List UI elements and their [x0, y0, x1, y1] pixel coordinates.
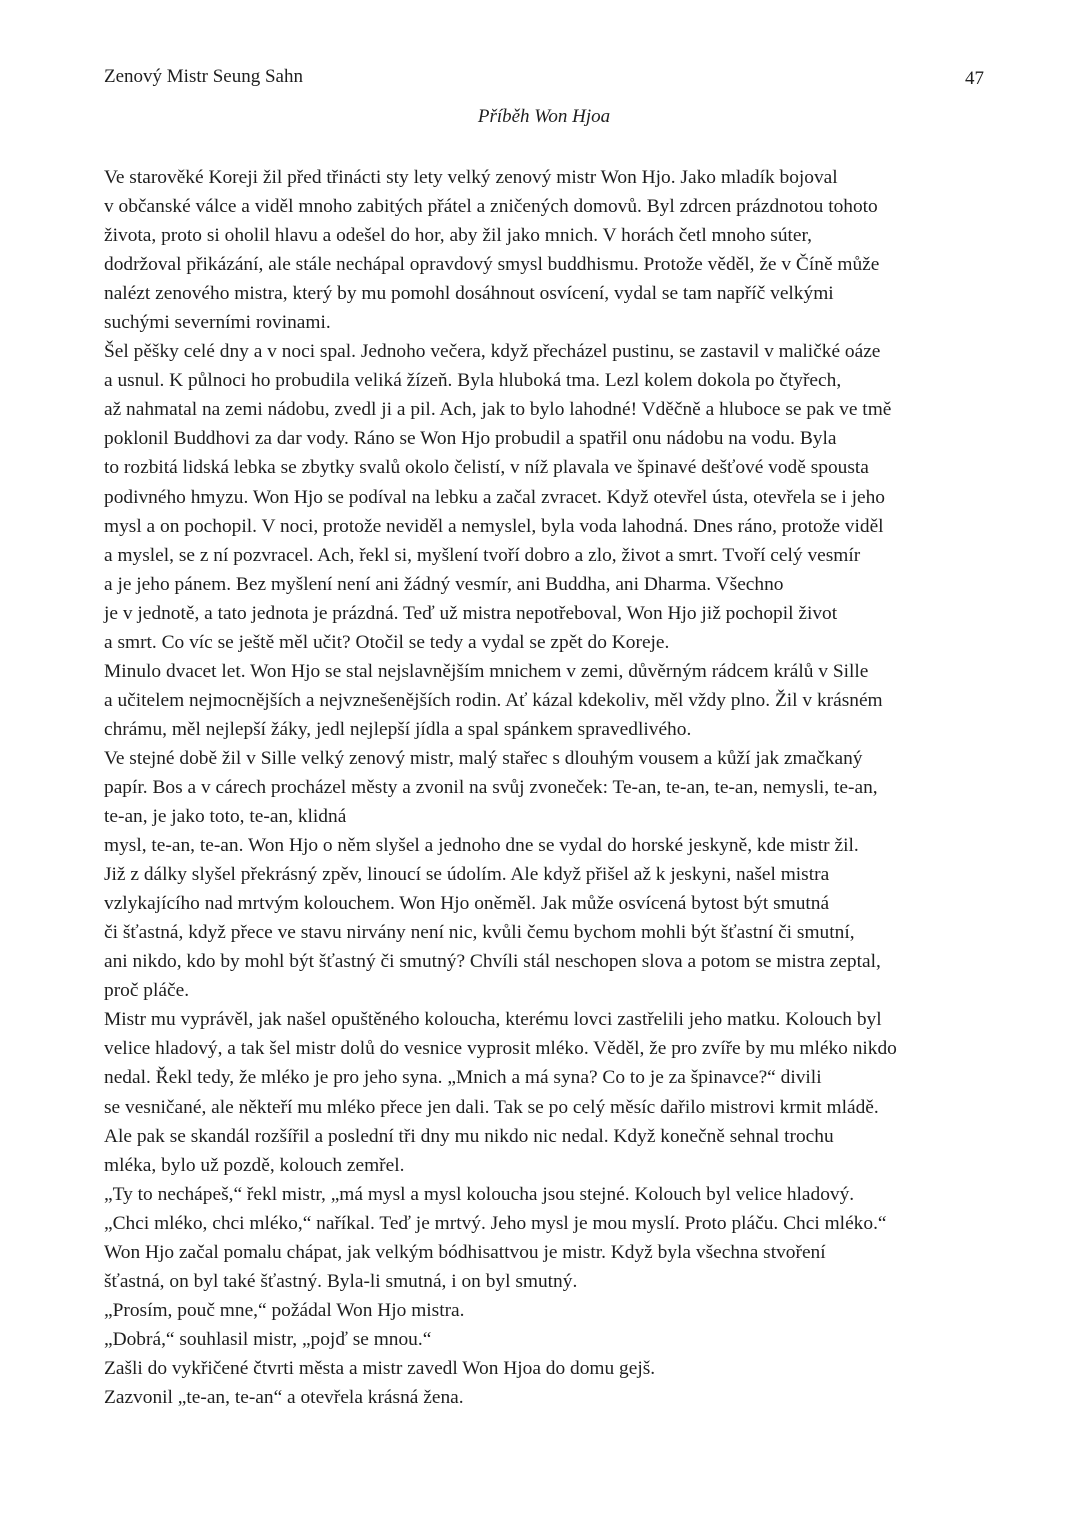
text-line: Ve starověké Koreji žil před třinácti st… [104, 163, 994, 192]
text-line: Již z dálky slyšel překrásný zpěv, linou… [104, 860, 994, 889]
text-line: podivného hmyzu. Won Hjo se podíval na l… [104, 483, 994, 512]
chapter-title-container: Příběh Won Hjoa [0, 106, 1086, 128]
text-line: Won Hjo začal pomalu chápat, jak velkým … [104, 1238, 994, 1267]
text-line: až nahmatal na zemi nádobu, zvedl ji a p… [104, 395, 994, 424]
text-line: velice hladový, a tak šel mistr dolů do … [104, 1034, 994, 1063]
text-line: života, proto si oholil hlavu a odešel d… [104, 221, 994, 250]
text-line: a smrt. Co víc se ještě měl učit? Otočil… [104, 628, 994, 657]
text-line: „Dobrá,“ souhlasil mistr, „pojď se mnou.… [104, 1325, 994, 1354]
text-line: Zazvonil „te-an, te-an“ a otevřela krásn… [104, 1383, 994, 1412]
text-line: v občanské válce a viděl mnoho zabitých … [104, 192, 994, 221]
text-line: proč pláče. [104, 976, 994, 1005]
text-line: „Ty to nechápeš,“ řekl mistr, „má mysl a… [104, 1180, 994, 1209]
text-line: a je jeho pánem. Bez myšlení není ani žá… [104, 570, 994, 599]
text-line: nalézt zenového mistra, který by mu pomo… [104, 279, 994, 308]
text-line: a myslel, se z ní pozvracel. Ach, řekl s… [104, 541, 994, 570]
text-line: Ale pak se skandál rozšířil a poslední t… [104, 1122, 994, 1151]
page-number: 47 [965, 68, 984, 90]
text-line: či šťastná, když přece ve stavu nirvány … [104, 918, 994, 947]
text-line: se vesničané, ale někteří mu mléko přece… [104, 1093, 994, 1122]
text-line: papír. Bos a v cárech procházel městy a … [104, 773, 994, 802]
text-line: a usnul. K půlnoci ho probudila veliká ž… [104, 366, 994, 395]
text-line: poklonil Buddhovi za dar vody. Ráno se W… [104, 424, 994, 453]
text-line: „Prosím, pouč mne,“ požádal Won Hjo mist… [104, 1296, 994, 1325]
text-line: šťastná, on byl také šťastný. Byla-li sm… [104, 1267, 994, 1296]
text-line: nedal. Řekl tedy, že mléko je pro jeho s… [104, 1063, 994, 1092]
text-line: vzlykajícího nad mrtvým kolouchem. Won H… [104, 889, 994, 918]
text-line: Zašli do vykřičené čtvrti města a mistr … [104, 1354, 994, 1383]
text-line: Šel pěšky celé dny a v noci spal. Jednoh… [104, 337, 994, 366]
text-line: mysl, te-an, te-an. Won Hjo o něm slyšel… [104, 831, 994, 860]
text-line: Ve stejné době žil v Sille velký zenový … [104, 744, 994, 773]
text-line: dodržoval přikázání, ale stále nechápal … [104, 250, 994, 279]
text-line: chrámu, měl nejlepší žáky, jedl nejlepší… [104, 715, 994, 744]
running-title: Zenový Mistr Seung Sahn [104, 66, 303, 88]
text-line: Mistr mu vyprávěl, jak našel opuštěného … [104, 1005, 994, 1034]
text-line: „Chci mléko, chci mléko,“ naříkal. Teď j… [104, 1209, 994, 1238]
text-line: mléka, bylo už pozdě, kolouch zemřel. [104, 1151, 994, 1180]
page-header: Zenový Mistr Seung Sahn 47 [104, 66, 984, 94]
text-line: a učitelem nejmocnějších a nejvznešenějš… [104, 686, 994, 715]
text-line: mysl a on pochopil. V noci, protože nevi… [104, 512, 994, 541]
text-line: je v jednotě, a tato jednota je prázdná.… [104, 599, 994, 628]
text-line: ani nikdo, kdo by mohl být šťastný či sm… [104, 947, 994, 976]
text-line: te-an, je jako toto, te-an, klidná [104, 802, 994, 831]
body-text: Ve starověké Koreji žil před třinácti st… [104, 163, 994, 1412]
chapter-title: Příběh Won Hjoa [478, 106, 610, 128]
text-line: to rozbitá lidská lebka se zbytky svalů … [104, 453, 994, 482]
text-line: Minulo dvacet let. Won Hjo se stal nejsl… [104, 657, 994, 686]
text-line: suchými severními rovinami. [104, 308, 994, 337]
